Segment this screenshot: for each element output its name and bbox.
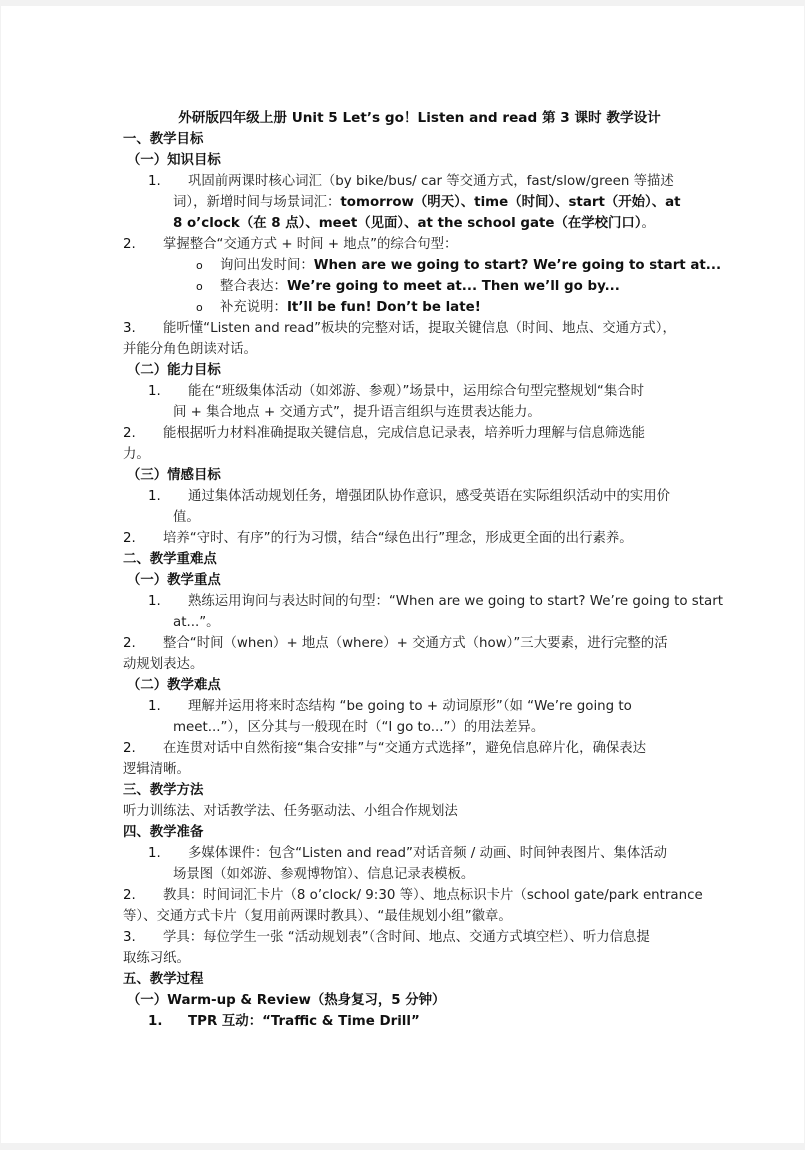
subsection-heading-emotion: （三）情感目标 [123, 465, 686, 486]
list-number: 2. [123, 528, 163, 549]
list-text: 能听懂“Listen and read”板块的完整对话，提取关键信息（时间、地点… [163, 321, 676, 336]
list-item-continuation: 力。 [123, 444, 686, 465]
methods-text: 听力训练法、对话教学法、任务驱动法、小组合作规划法 [123, 801, 686, 822]
list-item: 1.通过集体活动规划任务，增强团队协作意识，感受英语在实际组织活动中的实用价 [123, 486, 686, 507]
list-number: 3. [123, 927, 163, 948]
list-text: TPR 互动：“Traffic & Time Drill” [188, 1014, 420, 1029]
list-item: 3.能听懂“Listen and read”板块的完整对话，提取关键信息（时间、… [123, 318, 686, 339]
list-text: 通过集体活动规划任务，增强团队协作意识，感受英语在实际组织活动中的实用价 [188, 489, 670, 504]
list-item: 2.整合“时间（when）+ 地点（where）+ 交通方式（how）”三大要素… [123, 633, 686, 654]
list-number: 1. [148, 1011, 188, 1032]
list-number: 2. [123, 234, 163, 255]
document-title: 外研版四年级上册 Unit 5 Let’s go！Listen and read… [123, 108, 686, 129]
section-heading-key-points: 二、教学重难点 [123, 549, 686, 570]
subsection-heading-knowledge: （一）知识目标 [123, 150, 686, 171]
bullet-text: We’re going to meet at... Then we’ll go … [287, 279, 620, 294]
list-text: 熟练运用询问与表达时间的句型：“When are we going to sta… [188, 594, 723, 609]
list-number: 2. [123, 633, 163, 654]
list-text: 掌握整合“交通方式 + 时间 + 地点”的综合句型： [163, 237, 457, 252]
list-item-continuation: 词），新增时间与场景词汇：tomorrow（明天）、time（时间）、start… [123, 192, 686, 213]
list-item-continuation: 并能分角色朗读对话。 [123, 339, 686, 360]
list-item: 2.在连贯对话中自然衔接“集合安排”与“交通方式选择”，避免信息碎片化，确保表达 [123, 738, 686, 759]
list-number: 1. [148, 381, 188, 402]
list-text: 。 [642, 216, 655, 231]
bullet-item: o整合表达：We’re going to meet at... Then we’… [123, 276, 686, 297]
list-item-continuation: meet...”），区分其与一般现在时（“I go to...”）的用法差异。 [123, 717, 686, 738]
list-item-continuation: 8 o’clock（在 8 点）、meet（见面）、at the school … [123, 213, 686, 234]
list-item: 2.培养“守时、有序”的行为习惯，结合“绿色出行”理念，形成更全面的出行素养。 [123, 528, 686, 549]
bullet-label: 整合表达： [220, 279, 287, 294]
list-number: 1. [148, 486, 188, 507]
list-item: 1.理解并运用将来时态结构 “be going to + 动词原形”（如 “We… [123, 696, 686, 717]
bullet-item: o补充说明：It’ll be fun! Don’t be late! [123, 297, 686, 318]
bullet-text: When are we going to start? We’re going … [314, 258, 721, 273]
vocab-text: 8 o’clock（在 8 点）、meet（见面）、at the school … [173, 216, 642, 231]
bullet-label: 询问出发时间： [220, 258, 314, 273]
list-item: 1.多媒体课件：包含“Listen and read”对话音频 / 动画、时间钟… [123, 843, 686, 864]
circle-bullet-icon: o [196, 255, 220, 276]
list-item: 1.熟练运用询问与表达时间的句型：“When are we going to s… [123, 591, 686, 612]
list-number: 2. [123, 885, 163, 906]
list-item: 2.教具：时间词汇卡片（8 o’clock/ 9:30 等）、地点标识卡片（sc… [123, 885, 686, 906]
list-item-continuation: 逻辑清晰。 [123, 759, 686, 780]
list-text: 能在“班级集体活动（如郊游、参观）”场景中，运用综合句型完整规划“集合时 [188, 384, 644, 399]
document-content: 外研版四年级上册 Unit 5 Let’s go！Listen and read… [123, 108, 686, 1032]
bullet-text: It’ll be fun! Don’t be late! [287, 300, 481, 315]
list-item-continuation: 值。 [123, 507, 686, 528]
list-text: 多媒体课件：包含“Listen and read”对话音频 / 动画、时间钟表图… [188, 846, 667, 861]
list-item: 1.能在“班级集体活动（如郊游、参观）”场景中，运用综合句型完整规划“集合时 [123, 381, 686, 402]
subsection-heading-difficulty: （二）教学难点 [123, 675, 686, 696]
list-text: 理解并运用将来时态结构 “be going to + 动词原形”（如 “We’r… [188, 699, 632, 714]
document-page: 外研版四年级上册 Unit 5 Let’s go！Listen and read… [1, 6, 804, 1143]
circle-bullet-icon: o [196, 297, 220, 318]
section-heading-objectives: 一、教学目标 [123, 129, 686, 150]
list-text: 培养“守时、有序”的行为习惯，结合“绿色出行”理念，形成更全面的出行素养。 [163, 531, 633, 546]
section-heading-process: 五、教学过程 [123, 969, 686, 990]
list-item: 2.能根据听力材料准确提取关键信息，完成信息记录表，培养听力理解与信息筛选能 [123, 423, 686, 444]
vocab-text: tomorrow（明天）、time（时间）、start（开始）、at [340, 195, 680, 210]
list-number: 1. [148, 171, 188, 192]
list-item-continuation: 取练习纸。 [123, 948, 686, 969]
bullet-label: 补充说明： [220, 300, 287, 315]
list-text: 整合“时间（when）+ 地点（where）+ 交通方式（how）”三大要素，进… [163, 636, 668, 651]
section-heading-methods: 三、教学方法 [123, 780, 686, 801]
list-number: 3. [123, 318, 163, 339]
list-text: 巩固前两课时核心词汇（by bike/bus/ car 等交通方式，fast/s… [188, 174, 674, 189]
circle-bullet-icon: o [196, 276, 220, 297]
list-item-continuation: 间 + 集合地点 + 交通方式”，提升语言组织与连贯表达能力。 [123, 402, 686, 423]
list-item-continuation: 等）、交通方式卡片（复用前两课时教具）、“最佳规划小组”徽章。 [123, 906, 686, 927]
section-heading-preparation: 四、教学准备 [123, 822, 686, 843]
list-number: 1. [148, 591, 188, 612]
list-text: 词），新增时间与场景词汇： [173, 195, 340, 210]
list-number: 1. [148, 843, 188, 864]
list-number: 2. [123, 738, 163, 759]
list-number: 2. [123, 423, 163, 444]
list-item: 3.学具：每位学生一张 “活动规划表”（含时间、地点、交通方式填空栏）、听力信息… [123, 927, 686, 948]
list-text: 学具：每位学生一张 “活动规划表”（含时间、地点、交通方式填空栏）、听力信息提 [163, 930, 650, 945]
list-text: 能根据听力材料准确提取关键信息，完成信息记录表，培养听力理解与信息筛选能 [163, 426, 645, 441]
list-item: 1.巩固前两课时核心词汇（by bike/bus/ car 等交通方式，fast… [123, 171, 686, 192]
bullet-item: o询问出发时间：When are we going to start? We’r… [123, 255, 686, 276]
list-text: 在连贯对话中自然衔接“集合安排”与“交通方式选择”，避免信息碎片化，确保表达 [163, 741, 646, 756]
list-number: 1. [148, 696, 188, 717]
list-text: 教具：时间词汇卡片（8 o’clock/ 9:30 等）、地点标识卡片（scho… [163, 888, 703, 903]
list-item-continuation: 场景图（如郊游、参观博物馆）、信息记录表模板。 [123, 864, 686, 885]
subsection-heading-ability: （二）能力目标 [123, 360, 686, 381]
list-item-continuation: at...”。 [123, 612, 686, 633]
list-item: 1.TPR 互动：“Traffic & Time Drill” [123, 1011, 686, 1032]
subsection-heading-focus: （一）教学重点 [123, 570, 686, 591]
list-item: 2.掌握整合“交通方式 + 时间 + 地点”的综合句型： [123, 234, 686, 255]
list-item-continuation: 动规划表达。 [123, 654, 686, 675]
subsection-heading-warmup: （一）Warm-up & Review（热身复习，5 分钟） [123, 990, 686, 1011]
